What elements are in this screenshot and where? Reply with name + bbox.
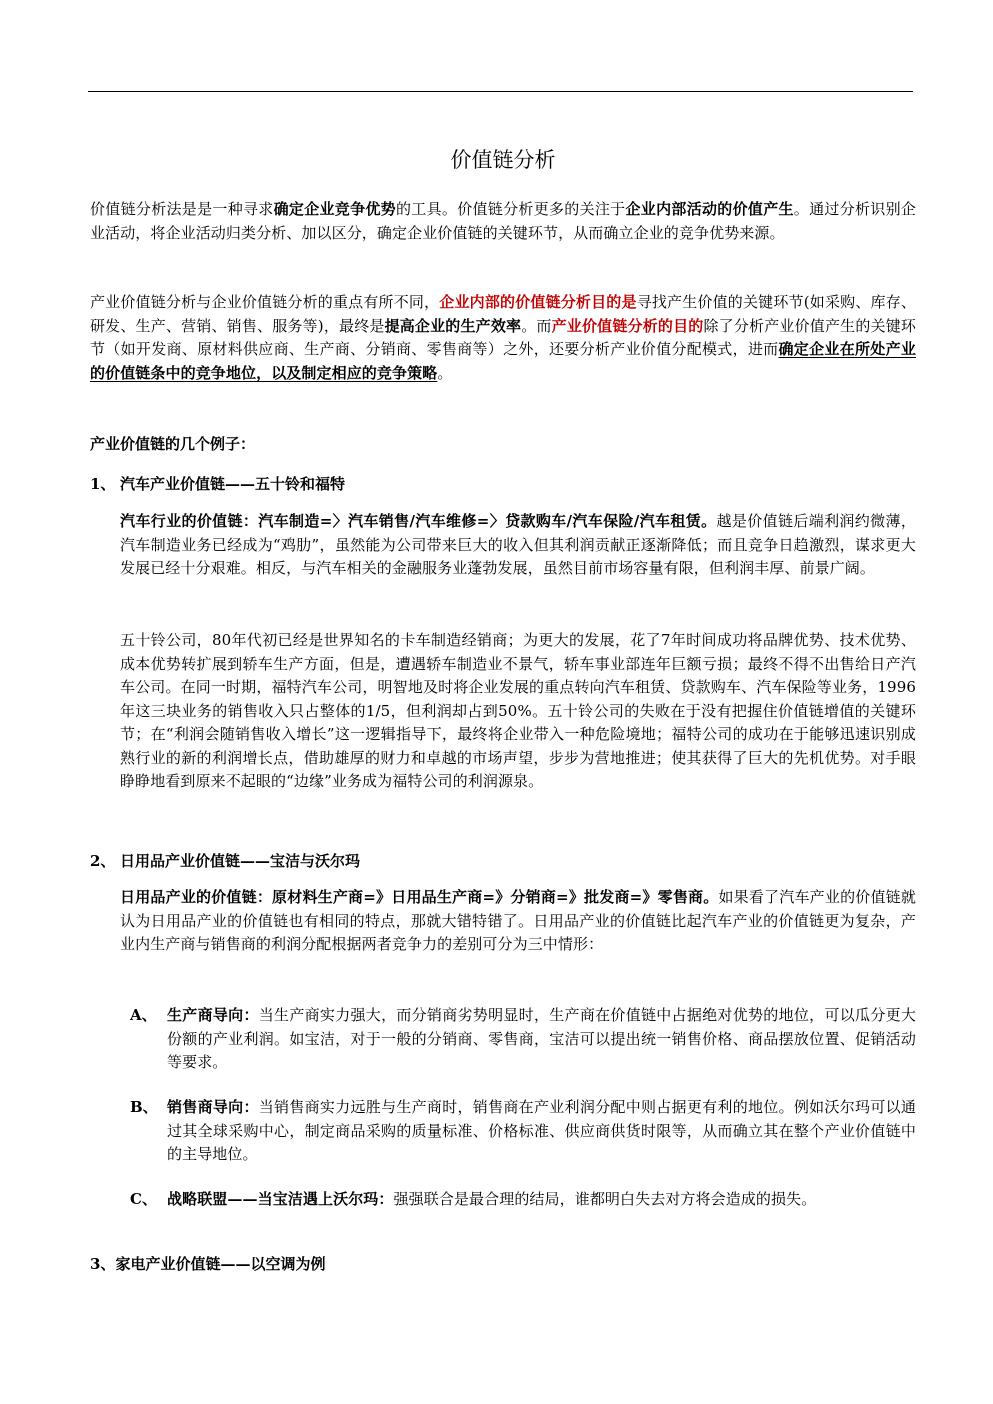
case-a-text: 当生产商实力强大，而分销商劣势明显时，生产商在价值链中占据绝对优势的地位，可以瓜…: [167, 1006, 916, 1071]
red-emphasis-enterprise-purpose: 企业内部的价值链分析目的是: [439, 293, 636, 311]
intro-text-1: 价值链分析法是是一种寻求: [90, 200, 274, 218]
intro-text-2: 的工具。价值链分析更多的关注于: [396, 200, 626, 218]
comparison-text-1: 产业价值链分析与企业价值链分析的重点有所不同，: [90, 293, 439, 311]
comparison-text-3: 。而: [521, 317, 551, 335]
bold-production-efficiency: 提高企业的生产效率: [385, 317, 522, 335]
case-b-title: 销售商导向：: [167, 1098, 259, 1116]
section-1-case-text: 五十铃公司，80年代初已经是世界知名的卡车制造经销商；为更大的发展，花了7年时间…: [120, 631, 916, 790]
section-2-heading: 2、日用品产业价值链——宝洁与沃尔玛: [90, 850, 360, 872]
section-2-number: 2、: [90, 850, 120, 872]
section-2-chain: 日用品产业的价值链：原材料生产商=》日用品生产商=》分销商=》批发商=》零售商。: [120, 888, 718, 906]
section-1-number: 1、: [90, 473, 120, 495]
header-rule: [88, 91, 913, 92]
examples-heading: 产业价值链的几个例子：: [90, 433, 255, 455]
comparison-paragraph: 产业价值链分析与企业价值链分析的重点有所不同，企业内部的价值链分析目的是寻找产生…: [90, 291, 916, 385]
case-a-label: A、: [130, 1004, 157, 1028]
case-c-text: 强强联合是最合理的结局，谁都明白失去对方将会造成的损失。: [394, 1190, 817, 1208]
section-2-title: 日用品产业价值链——宝洁与沃尔玛: [120, 852, 360, 870]
section-1-case-paragraph: 五十铃公司，80年代初已经是世界知名的卡车制造经销商；为更大的发展，花了7年时间…: [120, 629, 916, 794]
intro-bold-internal-value: 企业内部活动的价值产生: [626, 200, 794, 218]
case-c-label: C、: [130, 1188, 157, 1212]
section-1-heading: 1、汽车产业价值链——五十铃和福特: [90, 473, 345, 495]
section-3-title: 家电产业价值链——以空调为例: [115, 1255, 325, 1273]
intro-bold-competitive-advantage: 确定企业竞争优势: [274, 200, 396, 218]
case-a-title: 生产商导向：: [167, 1006, 259, 1024]
case-b-text: 当销售商实力远胜与生产商时，销售商在产业利润分配中则占据更有利的地位。例如沃尔玛…: [167, 1098, 916, 1163]
section-3-number: 3、: [90, 1253, 115, 1275]
case-b-label: B、: [130, 1096, 158, 1120]
red-emphasis-industry-purpose: 产业价值链分析的目的: [552, 317, 704, 335]
section-1-chain-paragraph: 汽车行业的价值链：汽车制造=〉汽车销售/汽车维修=〉贷款购车/汽车保险/汽车租赁…: [120, 510, 916, 581]
case-a-paragraph: 生产商导向：当生产商实力强大，而分销商劣势明显时，生产商在价值链中占据绝对优势的…: [167, 1004, 916, 1075]
section-2-chain-paragraph: 日用品产业的价值链：原材料生产商=》日用品生产商=》分销商=》批发商=》零售商。…: [120, 886, 916, 957]
comparison-text-5: 。: [437, 364, 452, 382]
section-1-chain: 汽车行业的价值链：汽车制造=〉汽车销售/汽车维修=〉贷款购车/汽车保险/汽车租赁…: [120, 512, 717, 530]
document-title: 价值链分析: [90, 146, 916, 174]
case-c-title: 战略联盟——当宝洁遇上沃尔玛：: [167, 1190, 394, 1208]
intro-paragraph: 价值链分析法是是一种寻求确定企业竞争优势的工具。价值链分析更多的关注于企业内部活…: [90, 198, 916, 245]
case-b-paragraph: 销售商导向：当销售商实力远胜与生产商时，销售商在产业利润分配中则占据更有利的地位…: [167, 1096, 916, 1167]
case-c-paragraph: 战略联盟——当宝洁遇上沃尔玛：强强联合是最合理的结局，谁都明白失去对方将会造成的…: [167, 1188, 916, 1212]
section-1-title: 汽车产业价值链——五十铃和福特: [120, 475, 345, 493]
section-3-heading: 3、家电产业价值链——以空调为例: [90, 1253, 325, 1275]
